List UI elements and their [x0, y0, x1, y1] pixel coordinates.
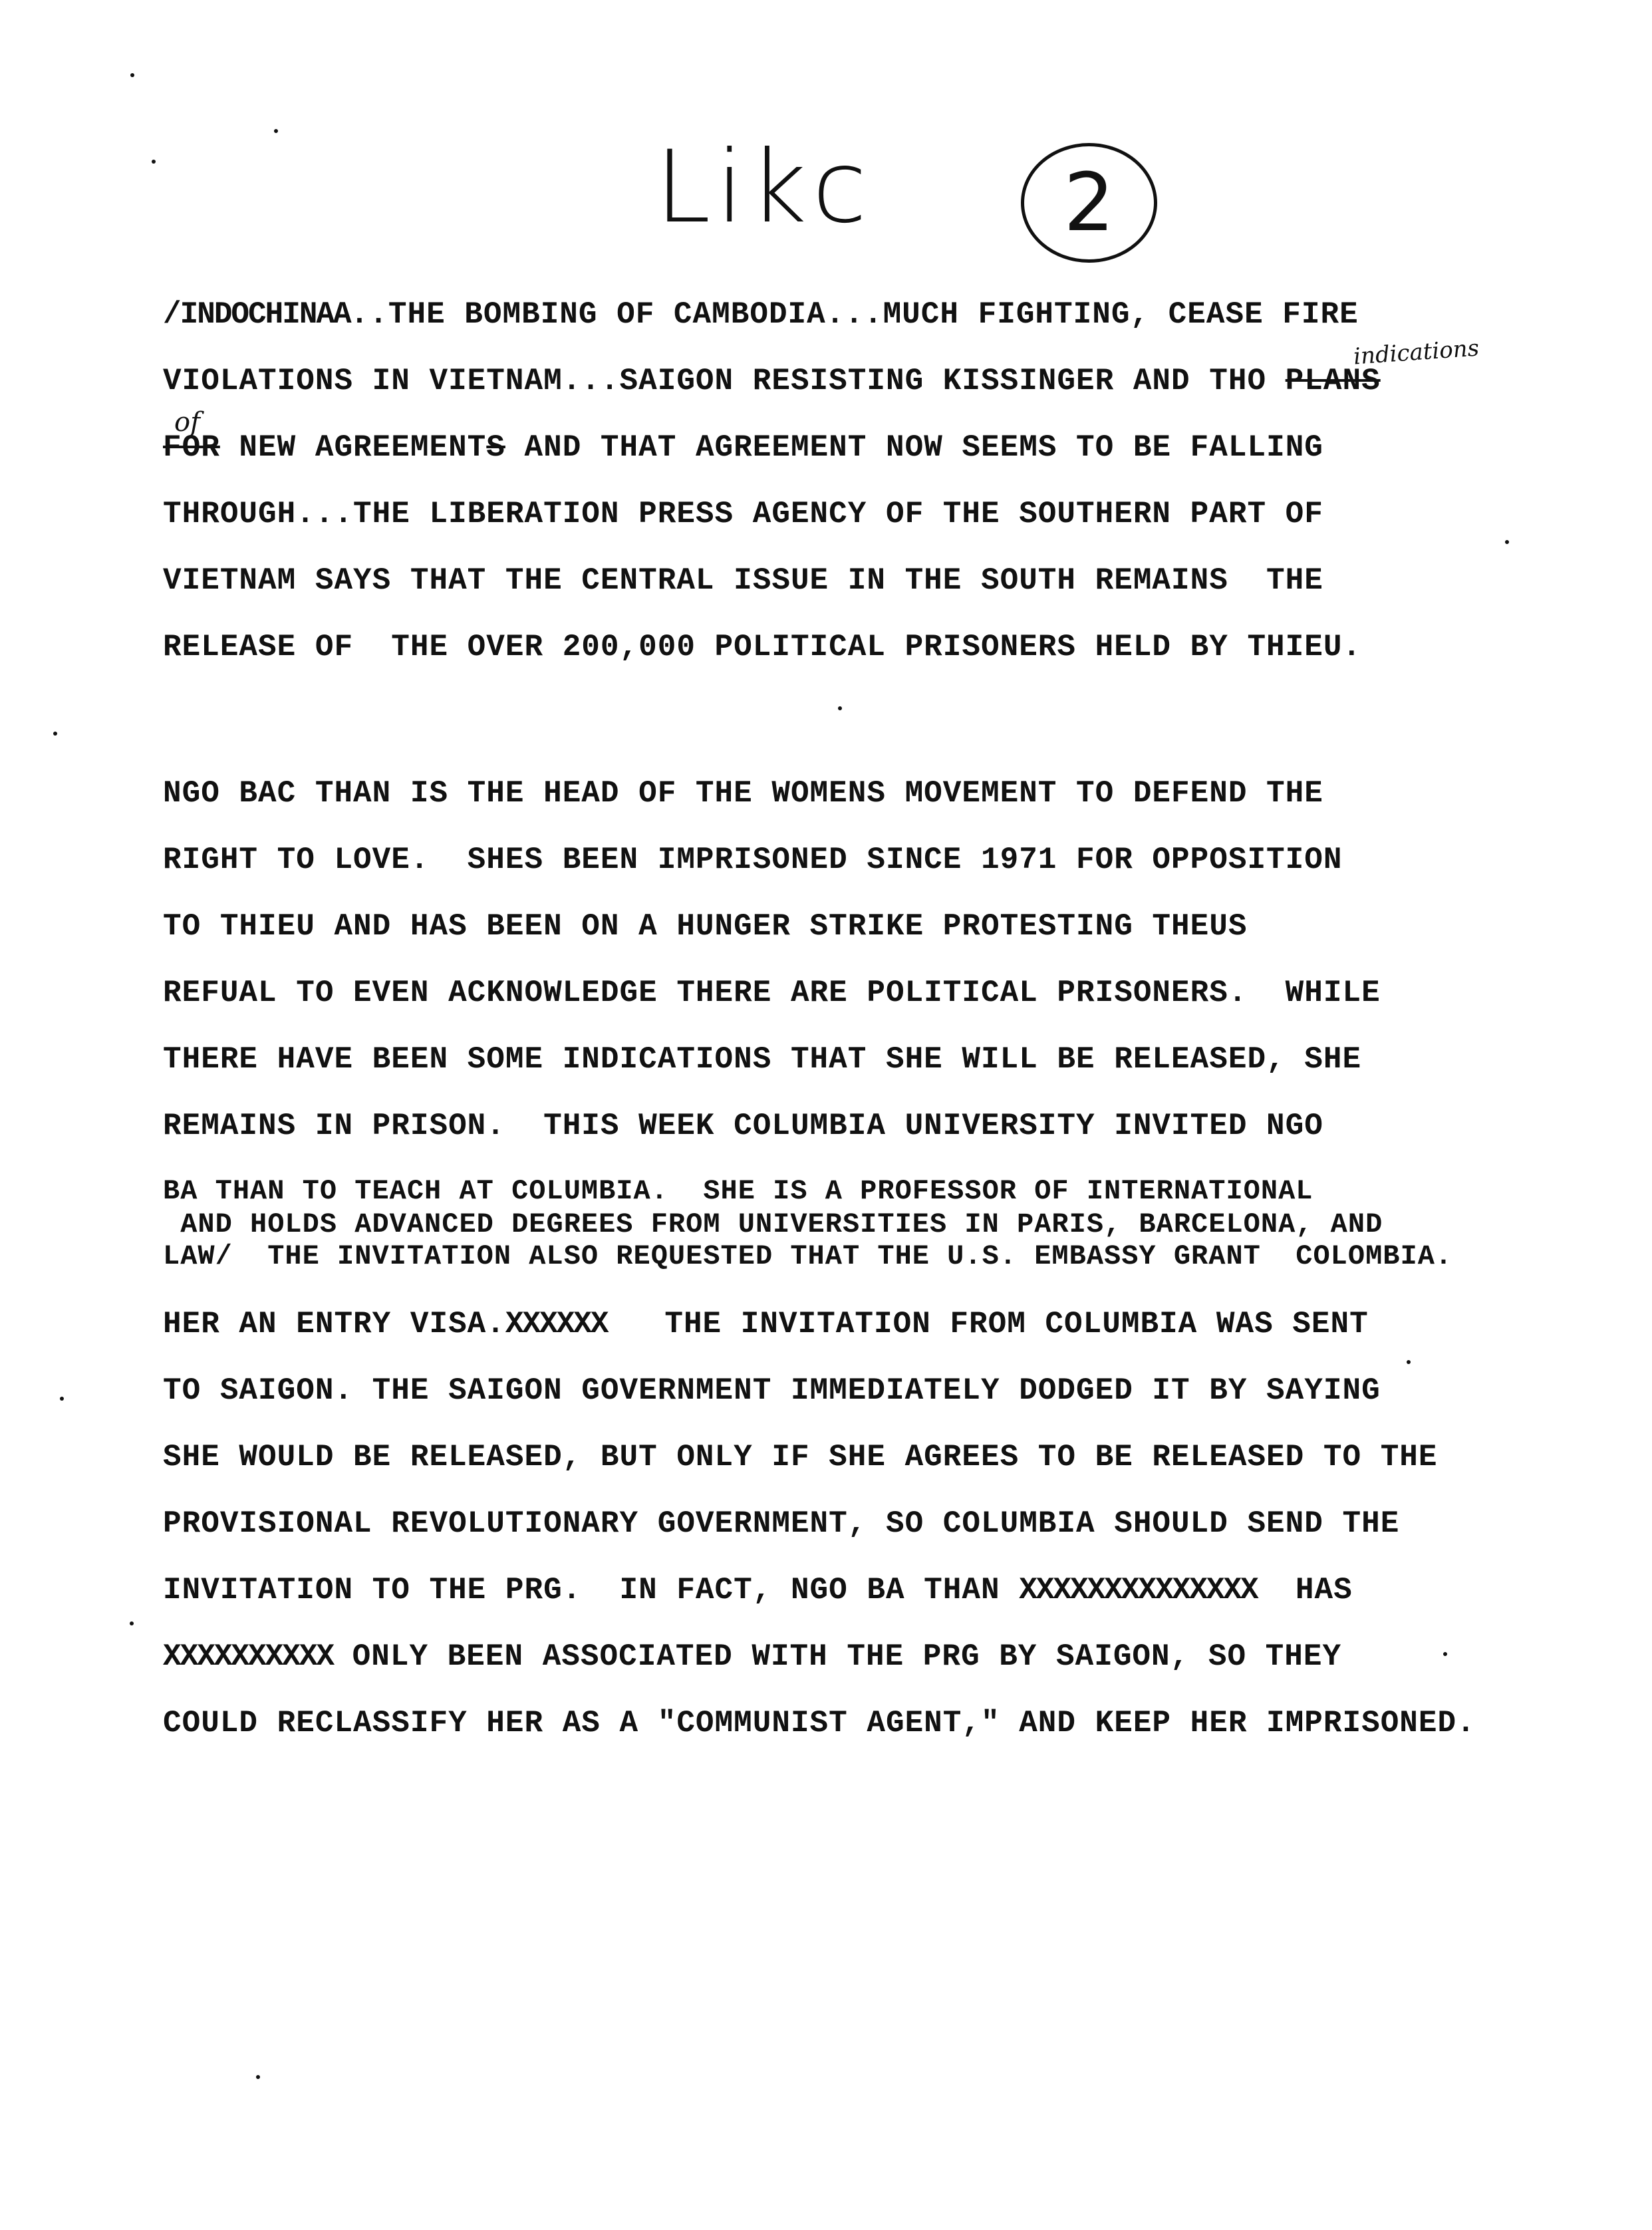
line-text: ONLY BEEN ASSOCIATED WITH THE PRG BY SAI…	[333, 1639, 1341, 1674]
scan-speck	[1505, 540, 1509, 544]
line-text: AND THAT AGREEMENT NOW SEEMS TO BE FALLI…	[505, 430, 1323, 465]
scan-speck	[130, 1621, 134, 1625]
line-text: LAW/ THE INVITATION ALSO REQUESTED THAT …	[163, 1240, 1452, 1272]
typed-line: COULD RECLASSIFY HER AS A "COMMUNIST AGE…	[163, 1708, 1476, 1739]
scan-speck	[60, 1397, 64, 1401]
line-text: THROUGH...THE LIBERATION PRESS AGENCY OF…	[163, 497, 1323, 531]
typed-over-text: XXXXXX	[505, 1307, 608, 1341]
scan-speck	[1443, 1652, 1447, 1656]
typed-line: VIOLATIONS IN VIETNAM...SAIGON RESISTING…	[163, 366, 1381, 396]
typed-line: THERE HAVE BEEN SOME INDICATIONS THAT SH…	[163, 1044, 1361, 1075]
typed-line: SHE WOULD BE RELEASED, BUT ONLY IF SHE A…	[163, 1442, 1438, 1472]
typed-line: PROVISIONAL REVOLUTIONARY GOVERNMENT, SO…	[163, 1508, 1399, 1539]
line-text: VIETNAM SAYS THAT THE CENTRAL ISSUE IN T…	[163, 563, 1323, 598]
line-text: REMAINS IN PRISON. THIS WEEK COLUMBIA UN…	[163, 1109, 1323, 1143]
typed-line: BA THAN TO TEACH AT COLUMBIA. SHE IS A P…	[163, 1177, 1313, 1205]
line-text: NEW AGREEMENT	[220, 430, 486, 465]
typed-line: /INDOCHINAA..THE BOMBING OF CAMBODIA...M…	[163, 299, 1359, 330]
line-text: AND HOLDS ADVANCED DEGREES FROM UNIVERSI…	[163, 1208, 1383, 1240]
typed-line: REFUAL TO EVEN ACKNOWLEDGE THERE ARE POL…	[163, 978, 1381, 1008]
typed-line: AND HOLDS ADVANCED DEGREES FROM UNIVERSI…	[163, 1210, 1383, 1238]
typed-over-text: /INDOCHINAA	[163, 297, 350, 332]
line-text: PROVISIONAL REVOLUTIONARY GOVERNMENT, SO…	[163, 1506, 1399, 1541]
line-text: TO SAIGON. THE SAIGON GOVERNMENT IMMEDIA…	[163, 1373, 1381, 1408]
scan-speck	[256, 2075, 260, 2079]
struck-text: PLANS	[1286, 364, 1381, 398]
typed-line: TO SAIGON. THE SAIGON GOVERNMENT IMMEDIA…	[163, 1375, 1381, 1406]
typed-line: HER AN ENTRY VISA.XXXXXX THE INVITATION …	[163, 1309, 1369, 1339]
typed-line: RELEASE OF THE OVER 200,000 POLITICAL PR…	[163, 632, 1361, 662]
scan-speck	[130, 73, 134, 77]
line-text: THE INVITATION FROM COLUMBIA WAS SENT	[608, 1307, 1369, 1341]
line-text: COULD RECLASSIFY HER AS A "COMMUNIST AGE…	[163, 1706, 1476, 1741]
scan-speck	[53, 732, 57, 736]
line-text: VIOLATIONS IN VIETNAM...SAIGON RESISTING…	[163, 364, 1286, 398]
line-text: ..THE BOMBING OF CAMBODIA...MUCH FIGHTIN…	[350, 297, 1359, 332]
handwritten-title: Likc	[655, 130, 873, 245]
circled-mark-text: 2	[1063, 157, 1114, 249]
document-page: Likc 2 indications of /INDOCHINAA..THE B…	[0, 0, 1652, 2230]
typed-over-text: XXXXXXXXXX	[163, 1639, 333, 1674]
line-text: REFUAL TO EVEN ACKNOWLEDGE THERE ARE POL…	[163, 976, 1381, 1010]
typed-line: FOR NEW AGREEMENTS AND THAT AGREEMENT NO…	[163, 432, 1323, 463]
line-text: RELEASE OF THE OVER 200,000 POLITICAL PR…	[163, 630, 1361, 664]
typed-line: RIGHT TO LOVE. SHES BEEN IMPRISONED SINC…	[163, 845, 1342, 875]
line-text: HER AN ENTRY VISA.	[163, 1307, 505, 1341]
typed-line: INVITATION TO THE PRG. IN FACT, NGO BA T…	[163, 1575, 1353, 1605]
line-text: BA THAN TO TEACH AT COLUMBIA. SHE IS A P…	[163, 1175, 1313, 1207]
typed-line: REMAINS IN PRISON. THIS WEEK COLUMBIA UN…	[163, 1111, 1323, 1141]
line-text: INVITATION TO THE PRG. IN FACT, NGO BA T…	[163, 1573, 1019, 1607]
typed-line: NGO BAC THAN IS THE HEAD OF THE WOMENS M…	[163, 778, 1323, 809]
line-text: NGO BAC THAN IS THE HEAD OF THE WOMENS M…	[163, 776, 1323, 811]
scan-speck	[1407, 1360, 1411, 1364]
scan-speck	[838, 706, 842, 710]
typed-line: THROUGH...THE LIBERATION PRESS AGENCY OF…	[163, 499, 1323, 529]
line-text: SHE WOULD BE RELEASED, BUT ONLY IF SHE A…	[163, 1440, 1438, 1474]
line-text: THERE HAVE BEEN SOME INDICATIONS THAT SH…	[163, 1042, 1361, 1077]
scan-speck	[152, 160, 156, 164]
struck-text: S	[486, 430, 505, 465]
scan-speck	[274, 129, 278, 133]
line-text: TO THIEU AND HAS BEEN ON A HUNGER STRIKE…	[163, 909, 1247, 944]
typed-line: VIETNAM SAYS THAT THE CENTRAL ISSUE IN T…	[163, 565, 1323, 596]
typed-line: TO THIEU AND HAS BEEN ON A HUNGER STRIKE…	[163, 911, 1247, 942]
typed-line: XXXXXXXXXX ONLY BEEN ASSOCIATED WITH THE…	[163, 1641, 1341, 1672]
line-text: HAS	[1258, 1573, 1353, 1607]
circled-page-mark: 2	[1021, 143, 1157, 263]
line-text: RIGHT TO LOVE. SHES BEEN IMPRISONED SINC…	[163, 843, 1342, 877]
typed-over-text: XXXXXXXXXXXXXX	[1019, 1573, 1257, 1607]
typed-line: LAW/ THE INVITATION ALSO REQUESTED THAT …	[163, 1242, 1452, 1270]
struck-text: FOR	[163, 430, 220, 465]
